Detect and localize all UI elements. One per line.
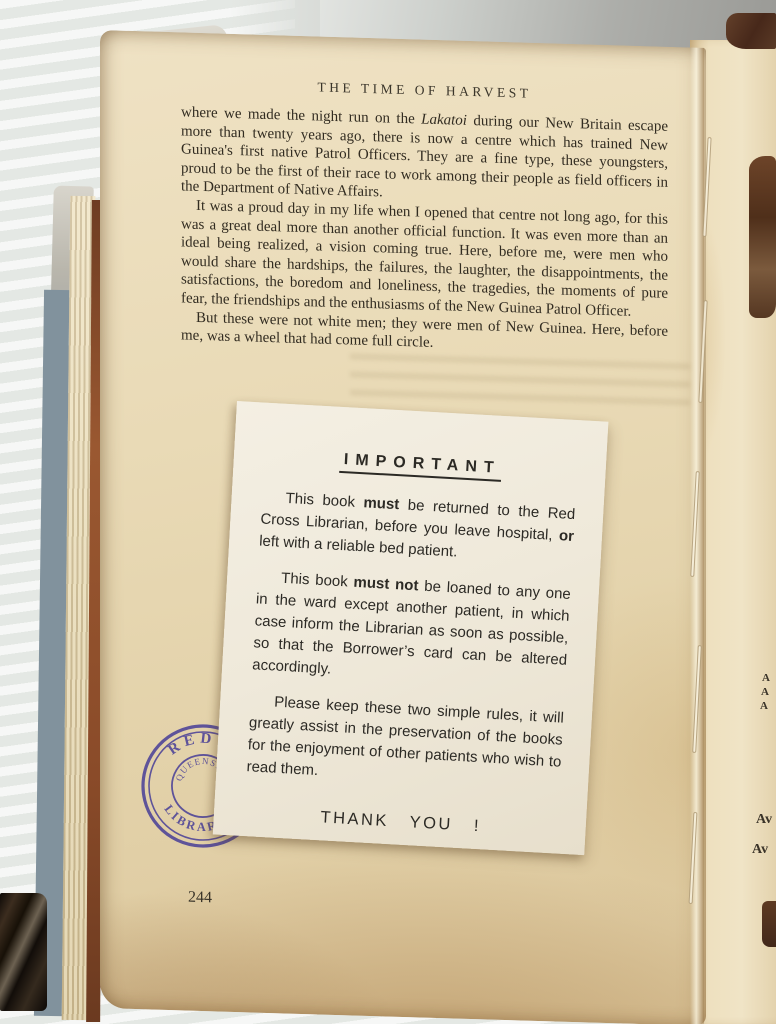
book-cover-corner-bottom-left — [0, 893, 47, 1011]
paragraph-1: where we made the night run on the Lakat… — [181, 103, 668, 210]
facing-page-text-fragment: A — [762, 672, 771, 684]
notice-paragraph-1: This book must be returned to the Red Cr… — [259, 487, 576, 570]
page-number: 244 — [188, 889, 212, 908]
stamp-text-red: RED — [164, 726, 221, 760]
notice-p2-text: This book — [281, 570, 354, 591]
facing-page-text-fragment: A — [760, 700, 769, 712]
notice-thank-you: THANK YOU ! — [243, 802, 558, 841]
book-cover-right-edge — [749, 156, 776, 318]
page-body-text: where we made the night run on the Lakat… — [181, 103, 668, 359]
facing-page-text-fragment: Av — [752, 842, 774, 858]
book-cover-corner-top-right — [726, 13, 776, 49]
italic-word-lakatoi: Lakatoi — [421, 112, 467, 129]
library-notice-slip: IMPORTANT This book must be returned to … — [213, 401, 609, 855]
notice-p1-text: This book — [285, 490, 364, 511]
notice-p1-bold-must: must — [363, 494, 400, 513]
notice-p2-bold-must-not: must not — [353, 574, 419, 595]
paragraph-2: It was a proud day in my life when I ope… — [181, 196, 668, 322]
notice-title: IMPORTANT — [263, 447, 578, 482]
notice-paragraph-2: This book must not be loaned to any one … — [252, 566, 572, 693]
notice-p1-bold-or: or — [559, 527, 575, 545]
notice-paragraph-3: Please keep these two simple rules, it w… — [246, 690, 564, 795]
facing-page-text-fragment: Av — [756, 812, 776, 828]
show-through-text — [350, 353, 690, 409]
photo-of-open-book: { "book_page": { "running_header": "THE … — [0, 0, 776, 1024]
notice-title-text: IMPORTANT — [339, 451, 502, 482]
book-cover-bottom-right — [762, 901, 776, 947]
facing-page-text-fragment: A — [761, 686, 770, 698]
running-header: THE TIME OF HARVEST — [181, 75, 668, 105]
